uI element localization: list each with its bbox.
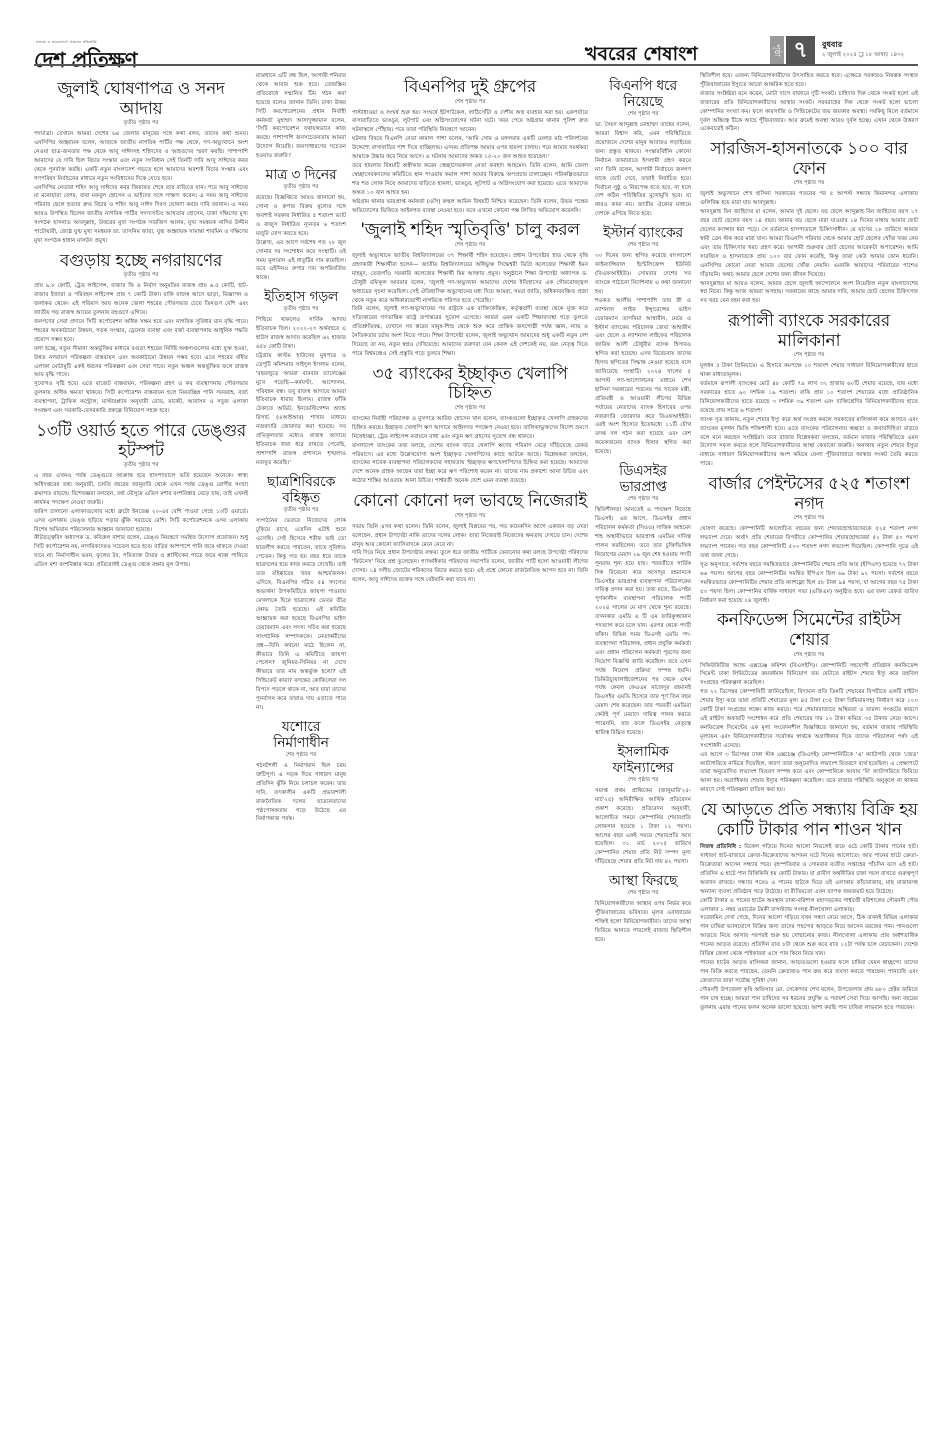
- paragraph: কোটি টাকার এ পানের হাটের অবস্থান ঢাকা-বর…: [700, 897, 918, 915]
- masthead: সত্যতা ও জনকল্যাণে ঐক্যবদ্ধ প্রতিশ্রুতি …: [30, 28, 920, 60]
- paragraph: প্রায় ৯.৮ কোটি, ট্রেড লাইসেন্স, বাজার ফ…: [34, 282, 248, 318]
- article-body: পিছিয়ে থাকলেও সার্বিক আদায় ইতিবাচক ছিল…: [256, 316, 346, 467]
- masthead-divider: [34, 64, 918, 66]
- paragraph: আবদুল্লাহ বিন জাহিদের মা বলেন, আমার দুই …: [700, 208, 918, 279]
- story-ward-13: ১৩টি ওয়ার্ড হতে পারে ডেঙ্গুর হটস্পট তৃত…: [34, 422, 248, 570]
- story-bnp-captured: বিএনপি ধরে নিয়েছে শেষ পৃষ্ঠার পর ডা. সৈ…: [595, 78, 691, 219]
- story-bnp-two-groups: বিএনপির দুই গ্রুপের শেষ পৃষ্ঠার পর পাল্ট…: [352, 78, 588, 215]
- paragraph: গত ২২ ডিসেম্বর কোম্পানিটি জানিয়েছিল, বি…: [700, 688, 918, 750]
- headline: যে আড়তে প্রতি সন্ধ্যায় বিক্রি হয় কোটি…: [700, 801, 918, 840]
- column-2: মাঝখানে এটি বন্ধ ছিল, আগামী শনিবার থেকে …: [256, 72, 346, 830]
- story-confidence-return: আস্থা ফিরছে শেষ পৃষ্ঠার পর বিনিয়োগকারীদ…: [595, 873, 691, 945]
- article-body: জুলাই অভ্যুত্থানে শেখ হাসিনা সরকারের পতন…: [700, 190, 918, 306]
- headline: জুলাই ঘোষণাপত্র ও সনদ আদায়: [34, 80, 248, 119]
- paragraph: ৩০ দিনের জন্য স্থগিত করেছে বাংলাদেশ ফাইন…: [595, 252, 691, 297]
- section-title: খবরের শেষাংশ: [585, 40, 698, 72]
- story-history-made: ইতিহাস গড়ল তৃতীয় পৃষ্ঠার পর পিছিয়ে থা…: [256, 289, 346, 468]
- headline: বিএনপি ধরে নিয়েছে: [595, 78, 691, 110]
- article-body: ডা. সৈয়দ আব্দুল্লাহ মোহাম্মদ তাহের বলেন…: [595, 121, 691, 219]
- continuation-note: শেষ পৃষ্ঠার পর: [595, 242, 691, 250]
- paragraph: স্থিতিশীল হবে। এজন্য বিনিয়োগকারীদের উৎস…: [700, 72, 918, 90]
- continuation-note: তৃতীয় পৃষ্ঠার পর: [34, 462, 248, 470]
- article-body: পদযাত্রা। যেখানে আমরা দেশের ৬৪ জেলার মান…: [34, 130, 248, 246]
- paragraph: বাজার সংশ্লিষ্টরা মনে করেন, মোটা দাগে বা…: [700, 90, 918, 135]
- story-july-declaration: জুলাই ঘোষণাপত্র ও সনদ আদায় তৃতীয় পৃষ্ঠ…: [34, 80, 248, 246]
- story-july-martyrs: 'জুলাই শহিদ স্মৃতিবৃত্তি' চালু করল শেষ প…: [352, 221, 588, 358]
- weekday: বুধবার: [822, 39, 842, 52]
- page-label: পৃষ্ঠা: [770, 36, 784, 64]
- paragraph: পিছিয়ে থাকলেও সার্বিক আদায় ইতিবাচক ছিল…: [256, 316, 346, 352]
- paragraph: রয়েছে। বিজ্ঞপ্তিতে আরও জানানো হয়, সোনা…: [256, 194, 346, 239]
- headline: ছাত্রশিবিরকে বহিষ্কৃত: [256, 474, 346, 506]
- article-body: পাল্টাধাওয়া ও সংঘর্ষ শুরু হয়। সংঘর্ষে …: [352, 109, 588, 216]
- paragraph: জুলাই অভ্যুত্থানে শেখ হাসিনা সরকারের পতন…: [700, 190, 918, 208]
- paragraph-text: বিকেল গড়িয়ে দিনের আলো নিভলেই জমে ওঠে ক…: [700, 844, 918, 895]
- continuation-note: শেষ পৃষ্ঠার পর: [700, 515, 918, 523]
- column-1: জুলাই ঘোষণাপত্র ও সনদ আদায় তৃতীয় পৃষ্ঠ…: [34, 72, 248, 576]
- paragraph: জরিপ চালানো এলাকাগুলোর মধ্যে ব্রুটো ইনডে…: [34, 508, 248, 535]
- article-body: ঘোষণা করেছে। কোম্পানিটি আলোচিত বছরের জন্…: [700, 525, 918, 605]
- paragraph: তিনি বলেন, জুলাই গণ-অভ্যুত্থানের পর রাষ্…: [352, 305, 588, 358]
- paragraph: মূলধন ৫ টাকা প্রিমিয়ামে। এ হিসাবে কমপক্…: [700, 362, 918, 380]
- continuation-note: তৃতীয় পৃষ্ঠার পর: [256, 184, 346, 192]
- story-shibir-expelled: ছাত্রশিবিরকে বহিষ্কৃত তৃতীয় পৃষ্ঠার পর …: [256, 474, 346, 713]
- paragraph: মাঝখানে এটি বন্ধ ছিল, আগামী শনিবার থেকে …: [256, 72, 346, 161]
- story-dse-acting: ডিএসইর ভারপ্রাপ্ত শেষ পৃষ্ঠার পর স্থিতিশ…: [595, 463, 691, 738]
- paragraph: গৌরনদী উপজেলা কৃষি অফিসার মো. সেকেন্দার …: [700, 986, 918, 1013]
- headline: যশোরে নির্মাণাধীন: [256, 719, 346, 751]
- paragraph: জুলাই অভ্যুত্থানে জাতীয় বিশ্ববিদ্যালয়ে…: [352, 252, 588, 305]
- paragraph: ডা. সৈয়দ আব্দুল্লাহ মোহাম্মদ তাহের বলেন…: [595, 121, 691, 219]
- continuation-note: তৃতীয় পৃষ্ঠার পর: [34, 272, 248, 280]
- paragraph: বিনিয়োগকারীদের আস্থার ওপর নির্ভর করে পু…: [595, 900, 691, 945]
- paragraph: সূত্র অনুসারে, সর্বশেষ বছরে সমন্বিতভাবে …: [700, 561, 918, 606]
- article-body: সংগঠনের ভেতরে নিজেদের লোক ঢুকিয়ে রাখে, …: [256, 517, 346, 713]
- paragraph: শওকত আলীর পাশাপাশি তার স্ত্রী ও ন্যাশনাল…: [595, 297, 691, 457]
- paragraph: উল্লেখ্য, এর আগে সর্বশেষ গত ২৮ জুন সোনার…: [256, 239, 346, 284]
- story-islamic-finance: ইসলামিক ফাইন্যান্সের শেষ পৃষ্ঠার পর সমাপ…: [595, 744, 691, 867]
- continuation-note: তৃতীয় পৃষ্ঠার পর: [34, 120, 248, 128]
- paragraph: সুযোগও সৃষ্টি হবে। এতে বাজেট বাস্তবায়ন,…: [34, 380, 248, 416]
- paragraph: সংগঠনের ভেতরে নিজেদের লোক ঢুকিয়ে রাখে, …: [256, 517, 346, 713]
- headline: বিএনপির দুই গ্রুপের: [352, 78, 588, 98]
- paragraph: বাংলাদেশ ব্যাংকের তথ্য বলছে, দেশের ব্যাং…: [352, 442, 588, 487]
- headline: কোনো কোনো দল ভাবছে নিজেরাই: [352, 492, 588, 512]
- article-body: মূলধন ৫ টাকা প্রিমিয়ামে। এ হিসাবে কমপক্…: [700, 362, 918, 469]
- column-5: স্থিতিশীল হবে। এজন্য বিনিয়োগকারীদের উৎস…: [700, 72, 918, 1018]
- story-market-closed: মাঝখানে এটি বন্ধ ছিল, আগামী শনিবার থেকে …: [256, 72, 346, 161]
- article-body: নিজস্ব প্রতিনিধি : বিকেল গড়িয়ে দিনের আ…: [700, 843, 918, 1012]
- article-body: প্রায় ৯.৮ কোটি, ট্রেড লাইসেন্স, বাজার ফ…: [34, 282, 248, 416]
- story-sarjis-hasnat: সারজিস-হাসনাতকে ১০০ বার ফোন শেষ পৃষ্ঠার …: [700, 140, 918, 306]
- column-3: বিএনপির দুই গ্রুপের শেষ পৃষ্ঠার পর পাল্ট…: [352, 72, 588, 591]
- article-body: সভায় তিনি এসব কথা বলেন। তিনি বলেন, জুলা…: [352, 523, 588, 585]
- headline: কনফিডেন্স সিমেন্টের রাইটস শেয়ার: [700, 611, 918, 650]
- paragraph: সভায় তিনি এসব কথা বলেন। তিনি বলেন, জুলা…: [352, 523, 588, 550]
- byline: নিজস্ব প্রতিনিধি :: [700, 844, 741, 850]
- headline: মাত্র ৩ দিনের: [256, 167, 346, 183]
- paragraph: স্থিতিশীলতা আনতেই এ পদক্ষেপ নিয়েছে ডিএস…: [595, 506, 691, 738]
- headline: ইস্টার্ন ব্যাংকের: [595, 225, 691, 241]
- continuation-note: শেষ পৃষ্ঠার পর: [352, 99, 588, 107]
- headline: বগুড়ায় হচ্ছে নগরায়ণের: [34, 252, 248, 272]
- headline: ইতিহাস গড়ল: [256, 289, 346, 305]
- headline: বার্জার পেইন্টসের ৫২৫ শতাংশ নগদ: [700, 475, 918, 514]
- headline: সারজিস-হাসনাতকে ১০০ বার ফোন: [700, 140, 918, 179]
- continuation-note: তৃতীয় পৃষ্ঠার পর: [256, 507, 346, 515]
- continuation-note: তৃতীয় পৃষ্ঠার পর: [256, 306, 346, 314]
- continuation-note: শেষ পৃষ্ঠার পর: [256, 752, 346, 760]
- paragraph: পদযাত্রা। যেখানে আমরা দেশের ৬৪ জেলার মান…: [34, 130, 248, 183]
- story-confidence-cement: কনফিডেন্স সিমেন্টের রাইটস শেয়ার শেষ পৃষ…: [700, 611, 918, 795]
- article-body: ব্যাংকের নির্বাহী পরিচালক ও মুখপাত্র আরি…: [352, 415, 588, 486]
- paragraph: জনগণের সেবা প্রদানে সিটি কর্পোরেশন অধিক …: [34, 318, 248, 345]
- continuation-note: শেষ পৃষ্ঠার পর: [595, 496, 691, 504]
- headline: 'জুলাই শহিদ স্মৃতিবৃত্তি' চালু করল: [352, 221, 588, 241]
- paragraph: ব্যাংকের নির্বাহী পরিচালক ও মুখপাত্র আরি…: [352, 415, 588, 442]
- story-banks-defaulters: ৩৫ ব্যাংকের ইচ্ছাকৃত খেলাপি চিহ্নিত শেষ …: [352, 365, 588, 486]
- headline: আস্থা ফিরছে: [595, 873, 691, 889]
- paragraph: গঠনশৈলী ও নির্মাণমান ছিল চরম ত্রুটিপূর্ণ…: [256, 762, 346, 824]
- article-body: স্থিতিশীল হবে। এজন্য বিনিয়োগকারীদের উৎস…: [700, 72, 918, 134]
- issue-date: ২ জুলাই ২০২৫ ❑ ১৮ আষাঢ় ১৪৩২: [822, 52, 904, 60]
- article-body: জুলাই অভ্যুত্থানে জাতীয় বিশ্ববিদ্যালয়ে…: [352, 252, 588, 359]
- story-jessore: যশোরে নির্মাণাধীন শেষ পৃষ্ঠার পর গঠনশৈলী…: [256, 719, 346, 825]
- continuation-note: শেষ পৃষ্ঠার পর: [595, 777, 691, 785]
- continuation-note: শেষ পৃষ্ঠার পর: [352, 242, 588, 250]
- paragraph: কীটতত্ত্ববিদ অধ্যাপক ড. কবিরুল বাশার বলে…: [34, 534, 248, 570]
- story-no-party-self: কোনো কোনো দল ভাবছে নিজেরাই শেষ পৃষ্ঠার প…: [352, 492, 588, 585]
- story-paan-market: যে আড়তে প্রতি সন্ধ্যায় বিক্রি হয় কোটি…: [700, 801, 918, 1012]
- column-4: বিএনপি ধরে নিয়েছে শেষ পৃষ্ঠার পর ডা. সৈ…: [595, 72, 691, 951]
- paragraph: ঘটনার বিষয়ে বিএনপি নেতা কামাল পাশা বলেন…: [352, 135, 588, 162]
- article-body: সিকিউরিটিজ অ্যান্ড এক্সচেঞ্জ কমিশন (বিএস…: [700, 662, 918, 796]
- story-rupali-bank: রূপালী ব্যাংকে সরকারের মালিকানা শেষ পৃষ্…: [700, 312, 918, 469]
- paragraph: দাবি দিয়ে নিয়ে প্রধান উপদেষ্টার বক্তব্…: [352, 549, 588, 585]
- paragraph: নিজস্ব প্রতিনিধি : বিকেল গড়িয়ে দিনের আ…: [700, 843, 918, 896]
- paragraph: চট্টগ্রাম কাস্টম হাউসের মুখপাত্র ও ডেপুট…: [256, 352, 346, 468]
- paragraph: এ বছর এখনও পর্যন্ত ডেঙ্গুতে আক্রান্ত হয়…: [34, 472, 248, 508]
- continuation-note: শেষ পৃষ্ঠার পর: [700, 180, 918, 188]
- paragraph: পানের হাটের আড়ত মালিকরা জানান, আড়তগুলো…: [700, 959, 918, 986]
- paragraph: এনসিপির নেতারা শহিদ আবু সাঈদের কবর জিয়া…: [34, 184, 248, 246]
- paragraph: ব্যাংক সূত্র জানায়, নতুন শেয়ার ইস্যু ক…: [700, 416, 918, 469]
- paragraph: পাল্টাধাওয়া ও সংঘর্ষ শুরু হয়। সংঘর্ষে …: [352, 109, 588, 136]
- paragraph: সিকিউরিটিজ অ্যান্ড এক্সচেঞ্জ কমিশন (বিএস…: [700, 662, 918, 689]
- paragraph: ঘোষণা করেছে। কোম্পানিটি আলোচিত বছরের জন্…: [700, 525, 918, 561]
- continuation-note: শেষ পৃষ্ঠার পর: [352, 513, 588, 521]
- continuation-note: শেষ পৃষ্ঠার পর: [700, 652, 918, 660]
- paragraph: আবদুল্লাহর মা আরও বলেন, আমার ছেলে জুলাই …: [700, 280, 918, 307]
- paragraph: সরেজমিন দেখা গেছে, দিনের আলো গড়িয়ে যখন…: [700, 914, 918, 959]
- story-capital-market: স্থিতিশীল হবে। এজন্য বিনিয়োগকারীদের উৎস…: [700, 72, 918, 134]
- page-number: ৭: [786, 36, 815, 64]
- article-body: রয়েছে। বিজ্ঞপ্তিতে আরও জানানো হয়, সোনা…: [256, 194, 346, 283]
- article-body: স্থিতিশীলতা আনতেই এ পদক্ষেপ নিয়েছে ডিএস…: [595, 506, 691, 738]
- headline: ৩৫ ব্যাংকের ইচ্ছাকৃত খেলাপি চিহ্নিত: [352, 365, 588, 404]
- continuation-note: শেষ পৃষ্ঠার পর: [595, 890, 691, 898]
- story-berger-paints: বার্জার পেইন্টসের ৫২৫ শতাংশ নগদ শেষ পৃষ্…: [700, 475, 918, 605]
- headline: ইসলামিক ফাইন্যান্সের: [595, 744, 691, 776]
- paragraph: সমাপ্ত প্রথম প্রান্তিকের (জানুয়ারি'২৫-ম…: [595, 787, 691, 867]
- paragraph: বর্তমানে রূপালী ব্যাংকের মোট ৪৮ কোটি ৭৯ …: [700, 380, 918, 416]
- story-only-3-days: মাত্র ৩ দিনের তৃতীয় পৃষ্ঠার পর রয়েছে। …: [256, 167, 346, 283]
- continuation-note: শেষ পৃষ্ঠার পর: [352, 405, 588, 413]
- story-bogura: বগুড়ায় হচ্ছে নগরায়ণের তৃতীয় পৃষ্ঠার …: [34, 252, 248, 416]
- paragraph: বলা হচ্ছে, নতুন সীমানা অন্তর্ভুক্তির মাধ…: [34, 345, 248, 381]
- paragraph: তবে হামলার বিষয়টি অস্বীকার করেন স্বেচ্ছ…: [352, 162, 588, 198]
- continuation-note: শেষ পৃষ্ঠার পর: [595, 111, 691, 119]
- article-body: বিনিয়োগকারীদের আস্থার ওপর নির্ভর করে পু…: [595, 900, 691, 945]
- article-body: ৩০ দিনের জন্য স্থগিত করেছে বাংলাদেশ ফাইন…: [595, 252, 691, 457]
- headline: রূপালী ব্যাংকে সরকারের মালিকানা: [700, 312, 918, 351]
- article-body: মাঝখানে এটি বন্ধ ছিল, আগামী শনিবার থেকে …: [256, 72, 346, 161]
- headline: ১৩টি ওয়ার্ড হতে পারে ডেঙ্গুর হটস্পট: [34, 422, 248, 461]
- article-body: গঠনশৈলী ও নির্মাণমান ছিল চরম ত্রুটিপূর্ণ…: [256, 762, 346, 824]
- continuation-note: শেষ পৃষ্ঠার পর: [700, 352, 918, 360]
- headline: ডিএসইর ভারপ্রাপ্ত: [595, 463, 691, 495]
- article-body: সমাপ্ত প্রথম প্রান্তিকের (জানুয়ারি'২৫-ম…: [595, 787, 691, 867]
- article-body: এ বছর এখনও পর্যন্ত ডেঙ্গুতে আক্রান্ত হয়…: [34, 472, 248, 570]
- paragraph: এর আগে ৩ ডিসেম্বর ঢাকা স্টক এক্সচেঞ্জ (ড…: [700, 751, 918, 796]
- story-eastern-bank: ইস্টার্ন ব্যাংকের শেষ পৃষ্ঠার পর ৩০ দিনে…: [595, 225, 691, 457]
- paragraph: অষ্টগ্রাম থানার ভারপ্রাপ্ত কর্মকর্তা (ওস…: [352, 198, 588, 216]
